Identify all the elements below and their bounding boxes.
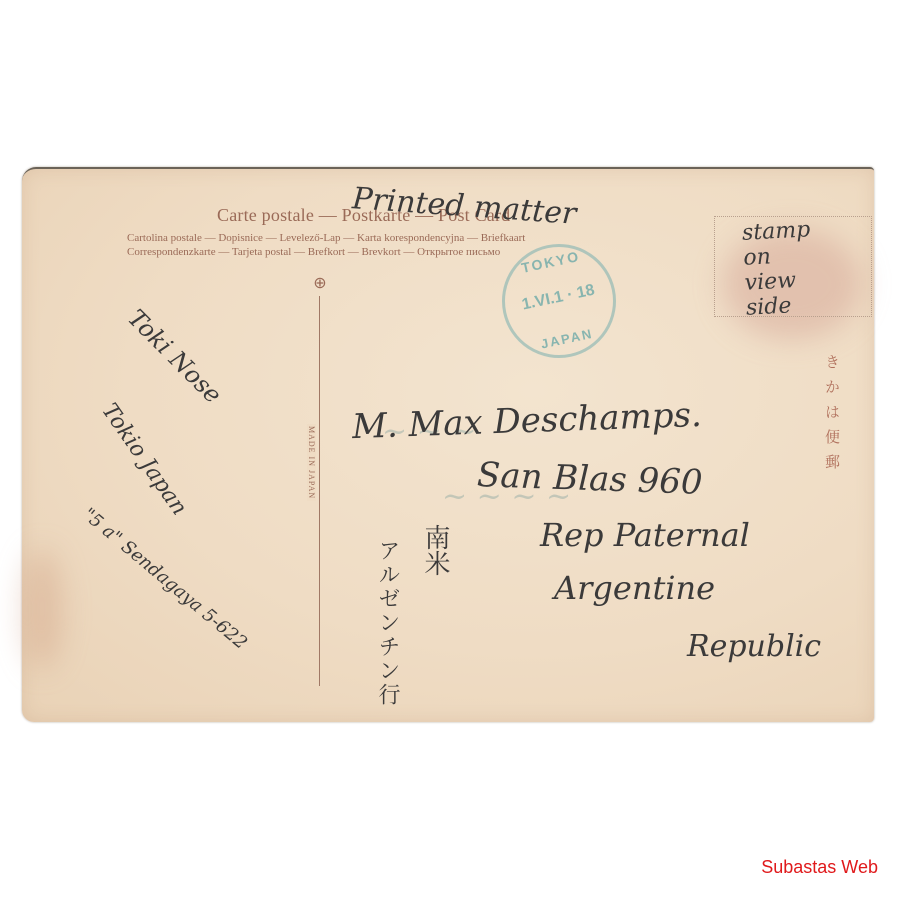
addressee-name: M. Max Deschamps. xyxy=(351,395,702,447)
stain xyxy=(22,549,62,669)
handwritten-stamp-note: stamp on view side xyxy=(741,217,814,320)
divider-line xyxy=(319,296,320,686)
languages-line-2: Correspondenzkarte — Tarjeta postal — Br… xyxy=(127,246,500,258)
postmark: TOKYO 1.VI.1 · 18 JAPAN xyxy=(491,233,626,368)
japanese-destination-2: アルゼンチン行 xyxy=(372,539,403,707)
postmark-country: JAPAN xyxy=(513,320,622,357)
sender-city: Tokio Japan xyxy=(97,399,192,520)
ornament-icon: ⊕ xyxy=(310,274,330,294)
addressee-district: Rep Paternal xyxy=(540,516,750,554)
addressee-street: San Blas 960 xyxy=(476,455,703,503)
postmark-date: 1.VI.1 · 18 xyxy=(504,278,613,318)
sender-address: "5 a" Sendagaya 5-622 xyxy=(79,504,252,654)
japanese-postcard-label: きかは便郵 xyxy=(822,354,843,479)
languages-line-1: Cartolina postale — Dopisnice — Levelező… xyxy=(127,232,525,244)
addressee-republic: Republic xyxy=(687,629,821,664)
made-in-label: MADE IN JAPAN xyxy=(307,424,316,501)
postcard: Carte postale — Postkarte — Post Card Ca… xyxy=(22,167,874,722)
watermark: Subastas Web xyxy=(761,857,878,878)
sender-name: Toki Nose xyxy=(122,304,227,409)
japanese-destination-1: 南米 xyxy=(417,524,454,576)
postmark-city: TOKYO xyxy=(496,243,605,281)
addressee-country: Argentine xyxy=(554,569,715,607)
